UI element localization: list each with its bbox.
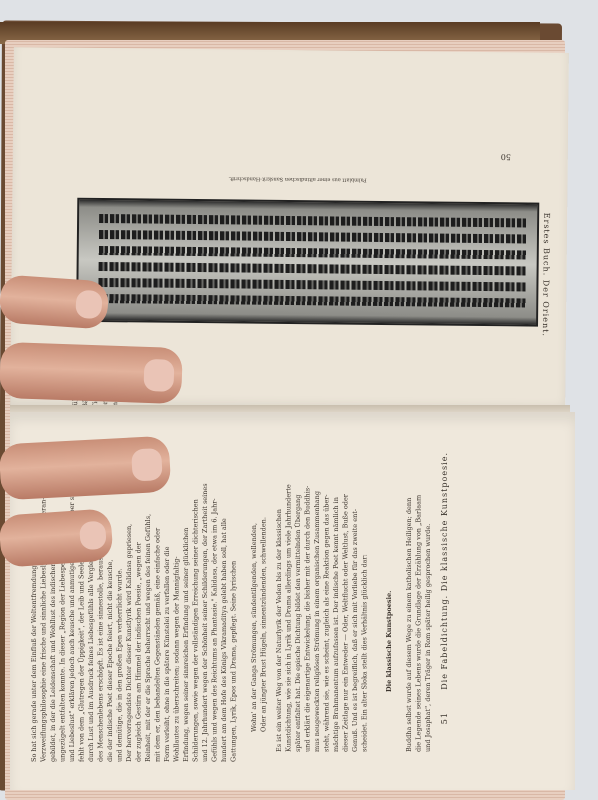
paragraph-1: Es ist ein weiter Weg von der Naturlyrik… bbox=[275, 442, 380, 752]
left-page-number: 50 bbox=[501, 152, 511, 161]
finger-little bbox=[0, 508, 114, 568]
plate-caption: Palmblatt aus einer altindischen Sanskri… bbox=[88, 174, 508, 184]
verse: Wohn' an der Ganga Strömungen, sündentil… bbox=[250, 472, 272, 732]
left-running-header: Erstes Buch. Der Orient. bbox=[541, 213, 551, 337]
palm-leaf-manuscript-plate bbox=[76, 198, 539, 327]
section-title: Die klassische Kunstpoesie. bbox=[385, 492, 399, 692]
finger-middle bbox=[0, 342, 183, 404]
intro-paragraph: Buddha selbst wurde auf diesem Wege zu e… bbox=[405, 442, 435, 752]
right-running-header: Die Fabeldichtung. Die klassische Kunstp… bbox=[440, 452, 449, 690]
right-page-number: 51 bbox=[440, 712, 449, 724]
finger-index bbox=[0, 274, 110, 329]
finger-ring bbox=[0, 436, 171, 501]
